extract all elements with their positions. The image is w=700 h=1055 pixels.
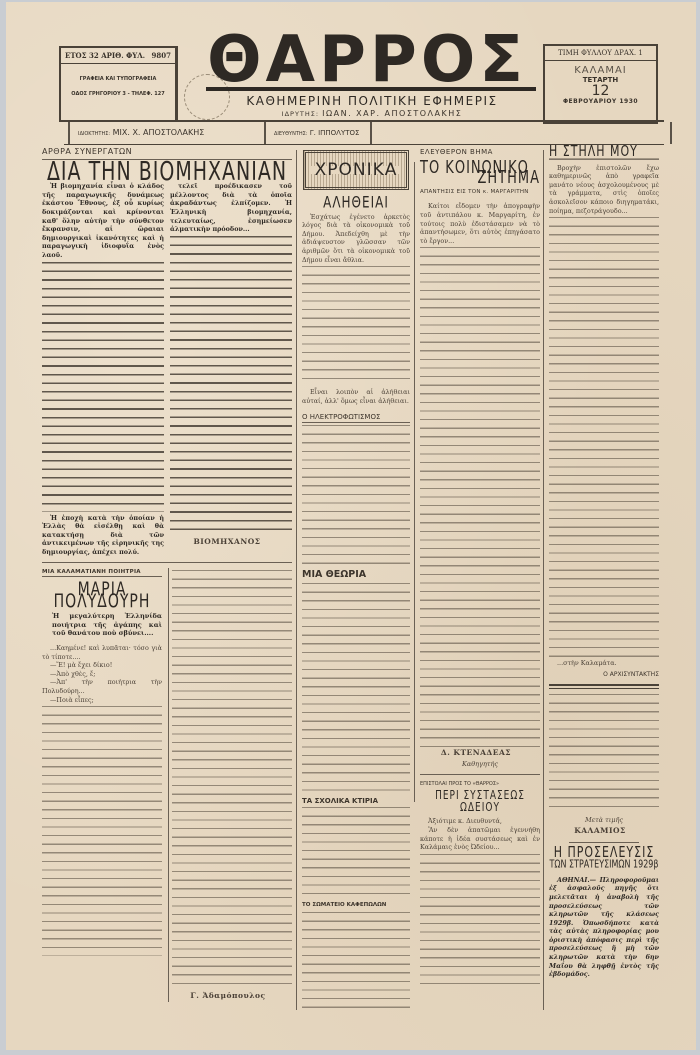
article-lead: Βροχὴν ἐπιστολῶν ἔχω καθημερινῶς ἀπὸ γρα… xyxy=(549,164,659,216)
month-year: ΦΕΒΡΟΥΑΡΙΟΥ 1930 xyxy=(545,98,656,105)
article-signature: ΒΙΟΜΗΧΑΝΟΣ xyxy=(170,538,284,547)
owner: ΙΔΙΟΚΤΗΤΗΣ: ΜΙΧ. Χ. ΑΠΟΣΤΟΛΑΚΗΣ xyxy=(68,122,264,144)
chronika-banner: ΧΡΟΝΙΚΑ xyxy=(303,150,409,190)
article-lead: Ἡ βιομηχανία εἶναι ὁ κλάδος τῆς παραγωγι… xyxy=(42,182,164,259)
dialogue-lines: ...Καημένε! καὶ λυπᾶται· τόσο γιὰ τὸ τίπ… xyxy=(42,644,162,704)
newspaper-subtitle: ΚΑΘΗΜΕΡΙΝΗ ΠΟΛΙΤΙΚΗ ΕΦΗΜΕΡΙΣ xyxy=(202,94,542,108)
article-kicker: ΕΠΙΣΤΟΛΑΙ ΠΡΟΣ ΤΟ «ΘΑΡΡΟΣ» xyxy=(420,780,540,789)
offices-label: ΓΡΑΦΕΙΑ ΚΑΙ ΤΥΠΟΓΡΑΦΕΙΑ xyxy=(61,76,175,82)
article-headline-2: ΤΩΝ ΣΤΡΑΤΕΥΣΙΜΩΝ 1929β xyxy=(549,860,659,872)
column-rule xyxy=(414,162,415,802)
article-end: ...στὴν Καλαμάτα. xyxy=(549,659,659,668)
article-headline: ΜΑΡΙΑ ΠΟΛΥΔΟΥΡΗ xyxy=(42,584,162,607)
article-signature: Γ. Ἀδαμόπουλος xyxy=(172,992,284,1001)
director: ΔΙΕΥΘΥΝΤΗΣ: Γ. ΙΠΠΟΛΥΤΟΣ xyxy=(264,122,374,144)
letter-greeting: Ἀξιότιμε κ. Διευθυντά, xyxy=(420,817,540,826)
signature-title: Καθηγητής xyxy=(420,760,540,769)
founder-line: ΙΔΡΥΤΗΣ: ΙΩΑΝ. ΧΑΡ. ΑΠΟΣΤΟΛΑΚΗΣ xyxy=(202,109,542,118)
staff-bar: ΙΔΙΟΚΤΗΤΗΣ: ΜΙΧ. Χ. ΑΠΟΣΤΟΛΑΚΗΣ ΔΙΕΥΘΥΝΤ… xyxy=(64,120,664,145)
article-lead: Ἐσχάτως ἐγένετο ἀρκετὸς λόγος διὰ τὰ οἰκ… xyxy=(302,213,410,265)
issue-info-box: ΕΤΟΣ 32 ΑΡΙΘ. ΦΥΛ.9807 ΓΡΑΦΕΙΑ ΚΑΙ ΤΥΠΟΓ… xyxy=(59,46,178,122)
issue-number: 9807 xyxy=(152,51,171,60)
subheading: ΤΟ ΣΩΜΑΤΕΙΟ ΚΑΦΕΠΩΛΩΝ xyxy=(302,901,410,910)
date-box: ΤΙΜΗ ΦΥΛΛΟΥ ΔΡΑΧ. 1 ΚΑΛΑΜΑΙ ΤΕΤΑΡΤΗ 12 Φ… xyxy=(543,44,658,124)
column-rule xyxy=(296,150,297,1010)
article-deck: Ἡ μεγαλύτερη Ἑλληνίδα ποιήτρια τῆς ἀγάπη… xyxy=(52,612,162,638)
article-social: ΕΛΕΥΘΕΡΟΝ ΒΗΜΑ ΤΟ ΚΟΙΝΩΝΙΚΟ ΖΗΤΗΜΑ ΑΠΑΝΤ… xyxy=(420,148,540,986)
day-number: 12 xyxy=(545,84,656,98)
article-industry: ΑΡΘΡΑ ΣΥΝΕΡΓΑΤΩΝ ΔΙΑ ΤΗΝ ΒΙΟΜΗΧΑΝΙΑΝ Ἡ β… xyxy=(42,148,292,1002)
article-lead: Ἂν δὲν ἀπατῶμαι ἐγεννήθη κάποτε ἡ ἰδέα σ… xyxy=(420,826,540,852)
article-kicker: Η ΣΤΗΛΗ ΜΟΥ xyxy=(549,146,659,159)
city: ΚΑΛΑΜΑΙ xyxy=(545,65,656,76)
article-signature: Δ. ΚΤΕΝΑΔΕΑΣ xyxy=(420,749,532,758)
article-signature: ΚΑΛΑΜΙΟΣ xyxy=(549,827,651,836)
article-headline: ΑΛΗΘΕΙΑΙ xyxy=(302,196,410,208)
article-tail: Ἡ ἐποχὴ κατὰ τὴν ὁποίαν ἡ Ἑλλὰς θὰ εἰσέλ… xyxy=(42,514,164,557)
subheading: Ο ΗΛΕΚΤΡΟΦΩΤΙΣΜΟΣ xyxy=(302,413,410,423)
article-continuation: τελεῖ προέδικασεν τοῦ μέλλοντος διὰ τὰ ὁ… xyxy=(170,182,292,234)
staff-bar-empty xyxy=(370,122,672,144)
article-lead: Καίτοι εἴδομεν τὴν ἀπογραφὴν τοῦ ἀντιπάλ… xyxy=(420,202,540,245)
article-headline-1: Η ΠΡΟΣΕΛΕΥΣΙΣ xyxy=(549,847,659,859)
article-deck: ΑΠΑΝΤΗΣΙΣ ΕΙΣ ΤΟΝ κ. ΜΑΡΓΑΡΙΤΗΝ xyxy=(420,188,540,197)
signoff: Μετὰ τιμῆς xyxy=(549,816,659,825)
article-lead: ΑΘΗΝΑΙ.— Πληροφοροῦμαι ἐξ ἀσφαλοῦς πηγῆς… xyxy=(549,876,659,979)
article-my-column: Η ΣΤΗΛΗ ΜΟΥ Βροχὴν ἐπιστολῶν ἔχω καθημερ… xyxy=(549,148,659,979)
price: ΤΙΜΗ ΦΥΛΛΟΥ ΔΡΑΧ. 1 xyxy=(545,46,656,61)
subheading: ΜΙΑ ΘΕΩΡΙΑ xyxy=(302,571,410,580)
article-kicker: ΕΛΕΥΘΕΡΟΝ ΒΗΜΑ xyxy=(420,148,540,159)
subheading: ΤΑ ΣΧΟΛΙΚΑ ΚΤΙΡΙΑ xyxy=(302,797,410,806)
article-chronika: ΧΡΟΝΙΚΑ ΑΛΗΘΕΙΑΙ Ἐσχάτως ἐγένετο ἀρκετὸς… xyxy=(302,148,410,1014)
article-signature: Ο ΑΡΧΙΣΥΝΤΑΚΤΗΣ xyxy=(549,671,659,680)
article-end: Εἶναι λοιπὸν αἱ ἀλήθειαι αὐταί, ἀλλ' ὅμω… xyxy=(302,388,410,405)
column-rule xyxy=(543,150,544,1010)
year-issue: ΕΤΟΣ 32 ΑΡΙΘ. ΦΥΛ. xyxy=(65,51,145,60)
article-kicker: ΜΙΑ ΚΑΛΑΜΑΤΙΑΝΗ ΠΟΙΗΤΡΙΑ xyxy=(42,568,162,578)
newspaper-page: ΕΤΟΣ 32 ΑΡΙΘ. ΦΥΛ.9807 ΓΡΑΦΕΙΑ ΚΑΙ ΤΥΠΟΓ… xyxy=(6,2,696,1050)
title-rule xyxy=(206,87,536,91)
article-headline: ΔΙΑ ΤΗΝ ΒΙΟΜΗΧΑΝΙΑΝ xyxy=(42,166,292,178)
address: ΟΔΟΣ ΓΡΗΓΟΡΙΟΥ 3 - ΤΗΛΕΦ. 127 xyxy=(61,91,175,97)
article-headline: ΠΕΡΙ ΣΥΣΤΑΣΕΩΣ ΩΔΕΙΟΥ xyxy=(420,791,540,814)
article-headline-2: ΖΗΤΗΜΑ xyxy=(420,174,540,186)
